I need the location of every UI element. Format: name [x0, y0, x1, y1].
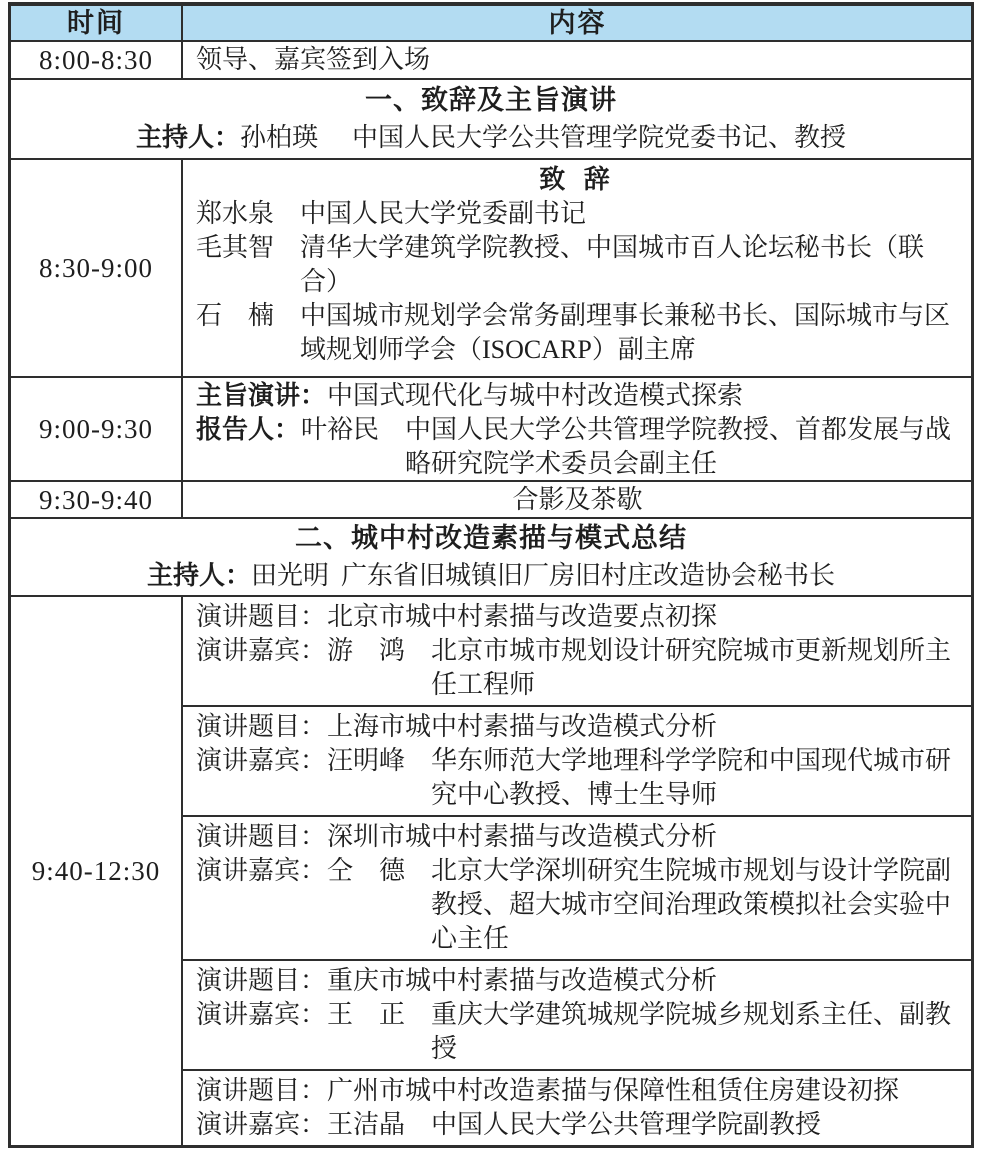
talk-title-line: 演讲题目： 广州市城中村改造素描与保障性租赁住房建设初探 [196, 1074, 959, 1108]
section-1-banner: 一、致辞及主旨演讲 主持人：孙柏瑛中国人民大学公共管理学院党委书记、教授 [11, 78, 971, 158]
guest-description: 华东师范大学地理科学学院和中国现代城市研究中心教授、博士生导师 [431, 744, 959, 812]
talks-time: 9:40-12:30 [11, 597, 183, 1145]
host-description: 广东省旧城镇旧厂房旧村庄改造协会秘书长 [341, 561, 835, 590]
host-description: 中国人民大学公共管理学院党委书记、教授 [352, 123, 846, 152]
header-time-cell: 时间 [11, 6, 183, 40]
speaker-name: 石 楠 [196, 299, 300, 367]
reporter-description: 中国人民大学公共管理学院教授、首都发展与战略研究院学术委员会副主任 [405, 413, 959, 480]
host-name: 田光明 [251, 561, 329, 590]
scanned-agenda-page: 时间 内容 8:00-8:30 领导、嘉宾签到入场 一、致辞及主旨演讲 主持人：… [0, 0, 982, 1172]
row-keynote: 9:00-9:30 主旨演讲： 中国式现代化与城中村改造模式探索 报告人： 叶裕… [11, 376, 971, 480]
keynote-topic: 中国式现代化与城中村改造模式探索 [327, 379, 959, 413]
opening-speaker: 石 楠 中国城市规划学会常务副理事长兼秘书长、国际城市与区域规划师学会（ISOC… [196, 299, 959, 367]
talk-title: 北京市城中村素描与改造要点初探 [327, 600, 959, 634]
speaker-name: 郑水泉 [196, 197, 300, 231]
speaker-name: 毛其智 [196, 231, 300, 299]
talk-title-label: 演讲题目： [196, 1074, 327, 1108]
talk-title-label: 演讲题目： [196, 964, 327, 998]
talk-item: 演讲题目： 重庆市城中村素描与改造模式分析 演讲嘉宾： 王 正 重庆大学建筑城规… [183, 959, 971, 1069]
reporter-name: 叶裕民 [301, 413, 405, 480]
talk-guest-label: 演讲嘉宾： [196, 998, 327, 1066]
header-content-cell: 内容 [183, 6, 971, 40]
signin-content: 领导、嘉宾签到入场 [183, 42, 971, 78]
talk-title: 广州市城中村改造素描与保障性租赁住房建设初探 [327, 1074, 959, 1108]
talk-guest-line: 演讲嘉宾： 王洁晶 中国人民大学公共管理学院副教授 [196, 1108, 959, 1142]
signin-time: 8:00-8:30 [11, 42, 183, 78]
talk-item: 演讲题目： 北京市城中村素描与改造要点初探 演讲嘉宾： 游 鸿 北京市城市规划设… [183, 597, 971, 705]
keynote-label: 主旨演讲： [196, 379, 327, 413]
opening-speaker: 郑水泉 中国人民大学党委副书记 [196, 197, 959, 231]
talk-title: 深圳市城中村素描与改造模式分析 [327, 820, 959, 854]
row-talks: 9:40-12:30 演讲题目： 北京市城中村素描与改造要点初探 演讲嘉宾： 游… [11, 595, 971, 1145]
agenda-table: 时间 内容 8:00-8:30 领导、嘉宾签到入场 一、致辞及主旨演讲 主持人：… [8, 2, 974, 1148]
guest-name: 仝 德 [327, 854, 431, 956]
section-2-host-line: 主持人：田光明广东省旧城镇旧厂房旧村庄改造协会秘书长 [147, 557, 835, 595]
host-label: 主持人： [147, 561, 251, 590]
talk-title-label: 演讲题目： [196, 600, 327, 634]
talk-guest-line: 演讲嘉宾： 王 正 重庆大学建筑城规学院城乡规划系主任、副教授 [196, 998, 959, 1066]
guest-description: 北京大学深圳研究生院城市规划与设计学院副教授、超大城市空间治理政策模拟社会实验中… [431, 854, 959, 956]
talk-guest-label: 演讲嘉宾： [196, 854, 327, 956]
talk-guest-line: 演讲嘉宾： 游 鸿 北京市城市规划设计研究院城市更新规划所主任工程师 [196, 634, 959, 702]
guest-name: 王洁晶 [327, 1108, 431, 1142]
talk-title-line: 演讲题目： 上海市城中村素描与改造模式分析 [196, 710, 959, 744]
keynote-content: 主旨演讲： 中国式现代化与城中村改造模式探索 报告人： 叶裕民 中国人民大学公共… [183, 378, 971, 480]
photo-break-time: 9:30-9:40 [11, 482, 183, 517]
opening-content: 致 辞 郑水泉 中国人民大学党委副书记 毛其智 清华大学建筑学院教授、中国城市百… [183, 160, 971, 376]
section-1-host-line: 主持人：孙柏瑛中国人民大学公共管理学院党委书记、教授 [136, 119, 846, 157]
guest-description: 北京市城市规划设计研究院城市更新规划所主任工程师 [431, 634, 959, 702]
keynote-reporter-line: 报告人： 叶裕民 中国人民大学公共管理学院教授、首都发展与战略研究院学术委员会副… [196, 413, 959, 480]
speaker-description: 清华大学建筑学院教授、中国城市百人论坛秘书长（联合） [300, 231, 959, 299]
talk-guest-label: 演讲嘉宾： [196, 1108, 327, 1142]
section-1-title: 一、致辞及主旨演讲 [365, 81, 617, 119]
section-2-title: 二、城中村改造素描与模式总结 [295, 519, 687, 557]
section-2-banner: 二、城中村改造素描与模式总结 主持人：田光明广东省旧城镇旧厂房旧村庄改造协会秘书… [11, 517, 971, 595]
talk-title: 上海市城中村素描与改造模式分析 [327, 710, 959, 744]
talk-guest-line: 演讲嘉宾： 汪明峰 华东师范大学地理科学学院和中国现代城市研究中心教授、博士生导… [196, 744, 959, 812]
talk-title-label: 演讲题目： [196, 820, 327, 854]
row-photo-break: 9:30-9:40 合影及茶歇 [11, 480, 971, 517]
keynote-time: 9:00-9:30 [11, 378, 183, 480]
talk-title: 重庆市城中村素描与改造模式分析 [327, 964, 959, 998]
speaker-description: 中国人民大学党委副书记 [300, 197, 959, 231]
talk-item: 演讲题目： 深圳市城中村素描与改造模式分析 演讲嘉宾： 仝 德 北京大学深圳研究… [183, 815, 971, 959]
guest-name: 汪明峰 [327, 744, 431, 812]
talk-title-line: 演讲题目： 重庆市城中村素描与改造模式分析 [196, 964, 959, 998]
talk-guest-label: 演讲嘉宾： [196, 634, 327, 702]
row-opening-remarks: 8:30-9:00 致 辞 郑水泉 中国人民大学党委副书记 毛其智 清华大学建筑… [11, 158, 971, 376]
guest-description: 重庆大学建筑城规学院城乡规划系主任、副教授 [431, 998, 959, 1066]
photo-break-content: 合影及茶歇 [183, 482, 971, 517]
table-header-row: 时间 内容 [11, 6, 971, 40]
talk-title-line: 演讲题目： 北京市城中村素描与改造要点初探 [196, 600, 959, 634]
reporter-label: 报告人： [196, 413, 301, 480]
talk-title-label: 演讲题目： [196, 710, 327, 744]
opening-title: 致 辞 [196, 163, 959, 197]
talks-list: 演讲题目： 北京市城中村素描与改造要点初探 演讲嘉宾： 游 鸿 北京市城市规划设… [183, 597, 971, 1145]
host-name: 孙柏瑛 [240, 123, 318, 152]
talk-item: 演讲题目： 广州市城中村改造素描与保障性租赁住房建设初探 演讲嘉宾： 王洁晶 中… [183, 1069, 971, 1145]
keynote-topic-line: 主旨演讲： 中国式现代化与城中村改造模式探索 [196, 379, 959, 413]
talk-guest-line: 演讲嘉宾： 仝 德 北京大学深圳研究生院城市规划与设计学院副教授、超大城市空间治… [196, 854, 959, 956]
guest-name: 王 正 [327, 998, 431, 1066]
opening-time: 8:30-9:00 [11, 160, 183, 376]
talk-guest-label: 演讲嘉宾： [196, 744, 327, 812]
guest-name: 游 鸿 [327, 634, 431, 702]
host-label: 主持人： [136, 123, 240, 152]
speaker-description: 中国城市规划学会常务副理事长兼秘书长、国际城市与区域规划师学会（ISOCARP）… [300, 299, 959, 367]
talk-item: 演讲题目： 上海市城中村素描与改造模式分析 演讲嘉宾： 汪明峰 华东师范大学地理… [183, 705, 971, 815]
row-signin: 8:00-8:30 领导、嘉宾签到入场 [11, 40, 971, 78]
talk-title-line: 演讲题目： 深圳市城中村素描与改造模式分析 [196, 820, 959, 854]
guest-description: 中国人民大学公共管理学院副教授 [431, 1108, 959, 1142]
opening-speaker: 毛其智 清华大学建筑学院教授、中国城市百人论坛秘书长（联合） [196, 231, 959, 299]
